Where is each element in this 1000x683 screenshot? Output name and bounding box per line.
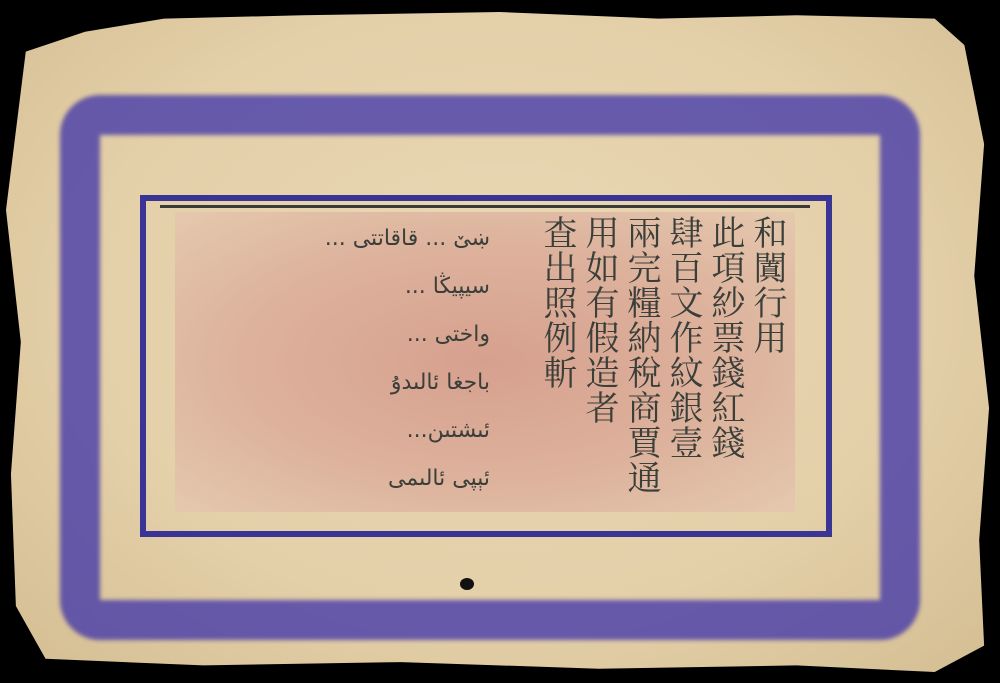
top-rule [160,205,810,208]
chinese-column: 用如有假造者 [581,215,617,495]
paper-hole [460,578,474,590]
chinese-column: 兩完糧納稅商賈通 [623,215,659,495]
chinese-text-block: 和闐行用 此項紗票錢紅錢 肆百文作紋銀壹 兩完糧納稅商賈通 用如有假造者 査出照… [539,215,785,495]
uyghur-line: باجغا ئالىدۇ [190,359,490,407]
uyghur-line: واختی ... [190,311,490,359]
chinese-column: 肆百文作紋銀壹 [665,215,701,495]
chinese-column: 査出照例斬 [539,215,575,495]
uyghur-line: ئىشتىن... [190,407,490,455]
uyghur-line: ښێ ... قاقاتتی ... [190,215,490,263]
chinese-column: 和闐行用 [749,215,785,495]
chinese-column: 此項紗票錢紅錢 [707,215,743,495]
uyghur-text-block: ښێ ... قاقاتتی ... سیپیڭا ... واختی ... … [190,215,490,503]
uyghur-line: سیپیڭا ... [190,263,490,311]
uyghur-line: ئېپى ئالىمى [190,455,490,503]
